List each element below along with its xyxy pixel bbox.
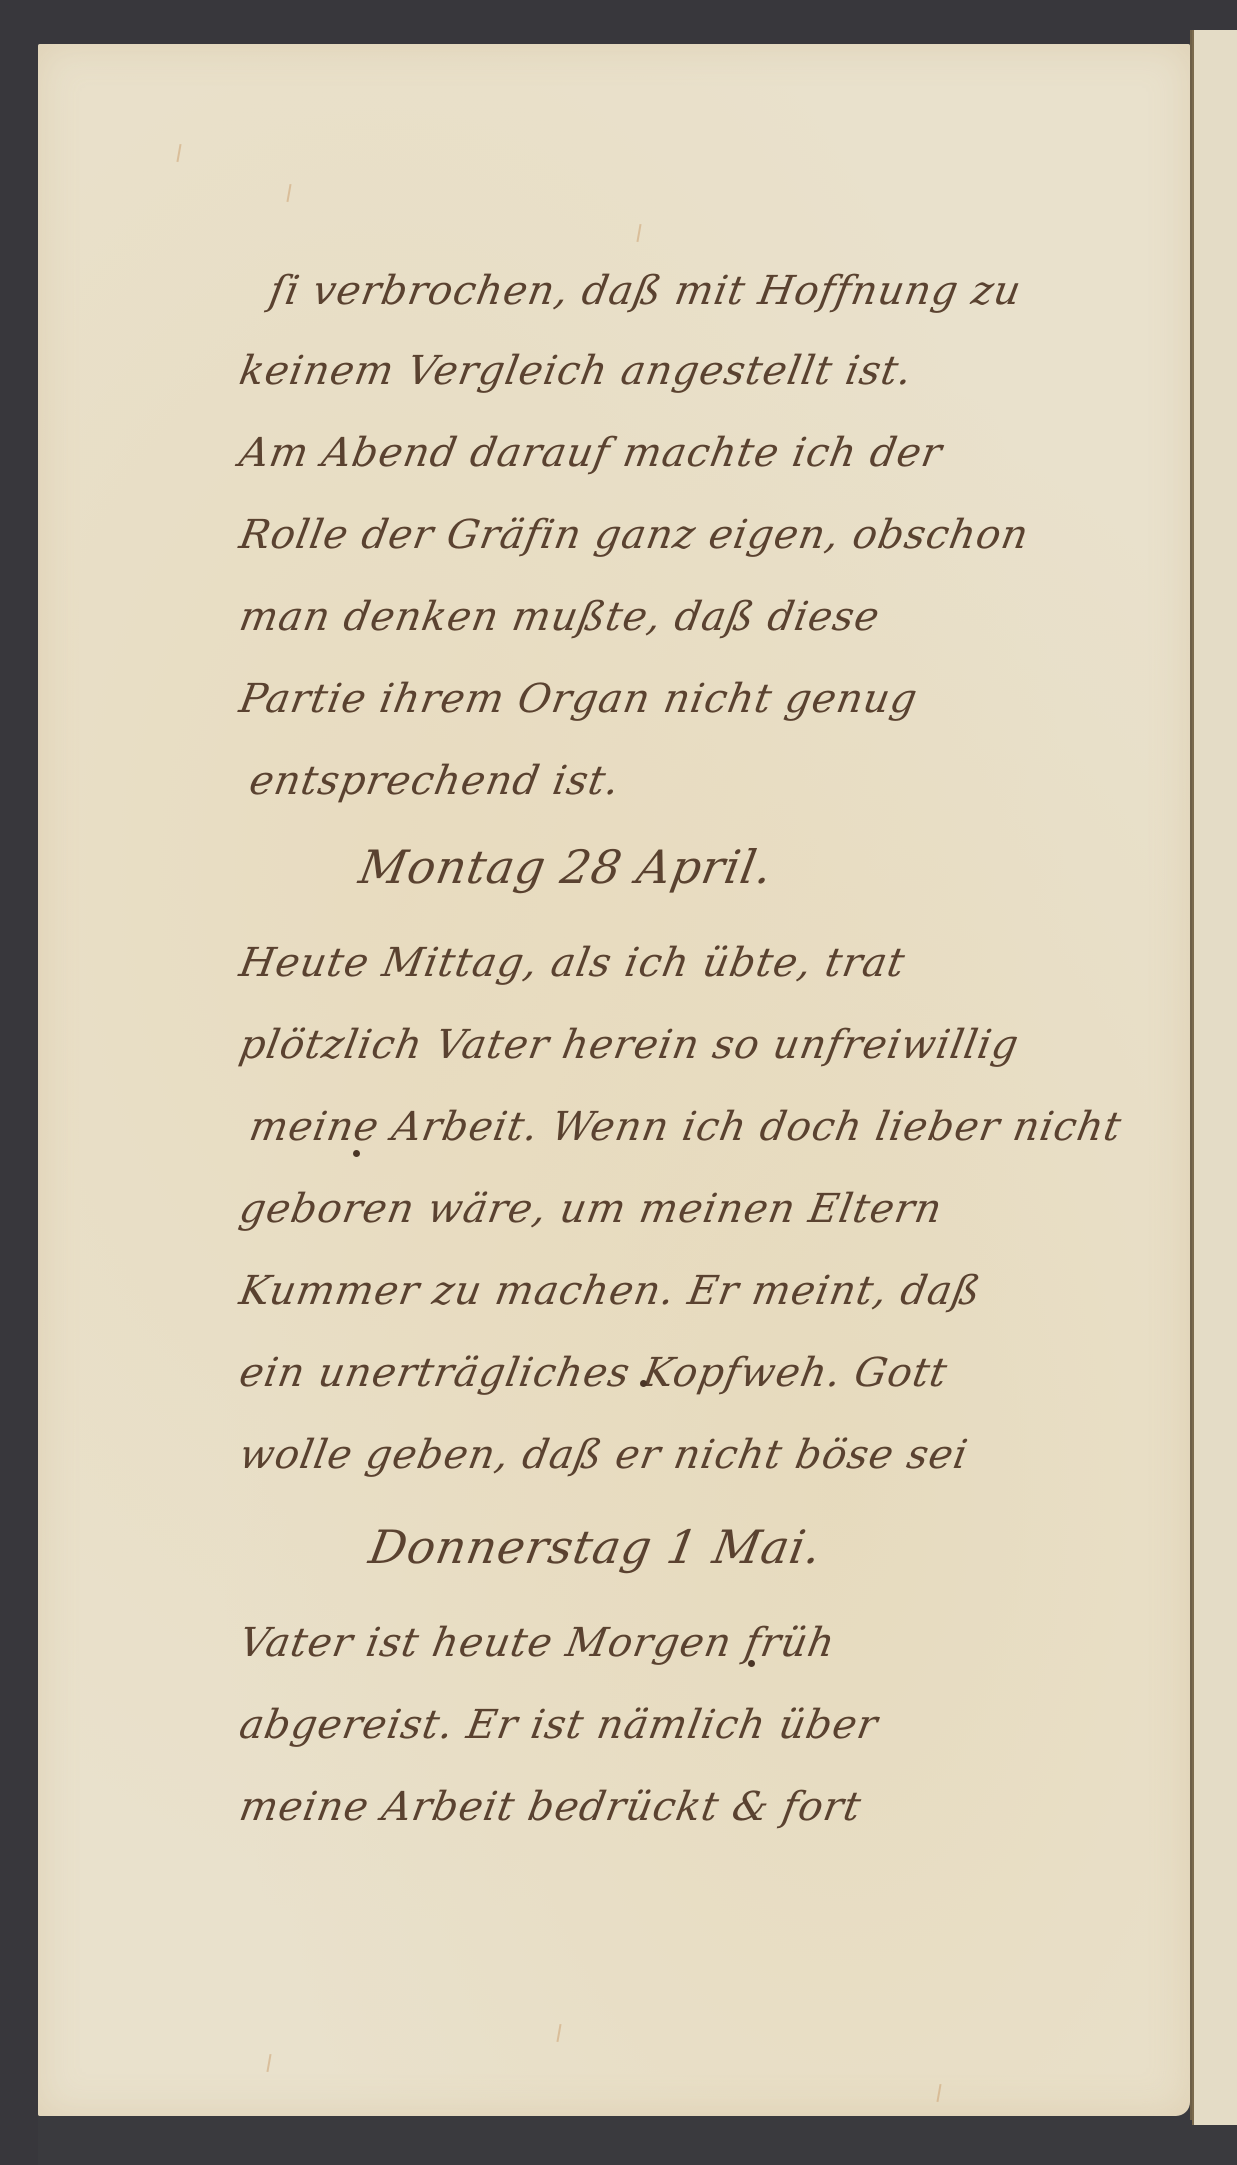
text-line: meine Arbeit bedrückt & fort xyxy=(236,1784,865,1830)
text-line: Vater ist heute Morgen früh xyxy=(236,1620,839,1666)
text-line: Heute Mittag, als ich übte, trat xyxy=(236,940,909,986)
entry-heading-montag: Montag 28 April. xyxy=(355,840,777,894)
ink-blot xyxy=(640,1380,647,1387)
text-line: ein unerträgliches Kopfweh. Gott xyxy=(236,1350,951,1396)
scanner-background-top xyxy=(0,0,1237,44)
text-line: meine Arbeit. Wenn ich doch lieber nicht xyxy=(246,1104,1125,1150)
text-line: geboren wäre, um meinen Eltern xyxy=(236,1186,946,1232)
ink-blot xyxy=(748,1660,755,1667)
text-line: Am Abend darauf machte ich der xyxy=(236,430,946,476)
text-line: Kummer zu machen. Er meint, daß xyxy=(236,1268,984,1314)
text-line: Partie ihrem Organ nicht genug xyxy=(236,676,921,722)
text-line: wolle geben, daß er nicht böse sei xyxy=(236,1432,972,1478)
text-line: ſi verbrochen, daß mit Hoffnung zu xyxy=(266,268,1025,314)
text-line: entsprechend ist. xyxy=(246,758,624,804)
text-line: abgereist. Er ist nämlich über xyxy=(236,1702,882,1748)
text-line: man denken mußte, daß diese xyxy=(236,594,884,640)
scanner-background-left xyxy=(0,0,38,2165)
ink-blot xyxy=(353,1150,360,1157)
adjacent-page-edge xyxy=(1192,30,1237,2125)
text-line: keinem Vergleich angestellt ist. xyxy=(236,348,916,394)
text-line: plötzlich Vater herein so unfreiwillig xyxy=(236,1022,1023,1068)
entry-heading-donnerstag: Donnerstag 1 Mai. xyxy=(365,1520,826,1574)
text-line: Rolle der Gräfin ganz eigen, obschon xyxy=(236,512,1033,558)
